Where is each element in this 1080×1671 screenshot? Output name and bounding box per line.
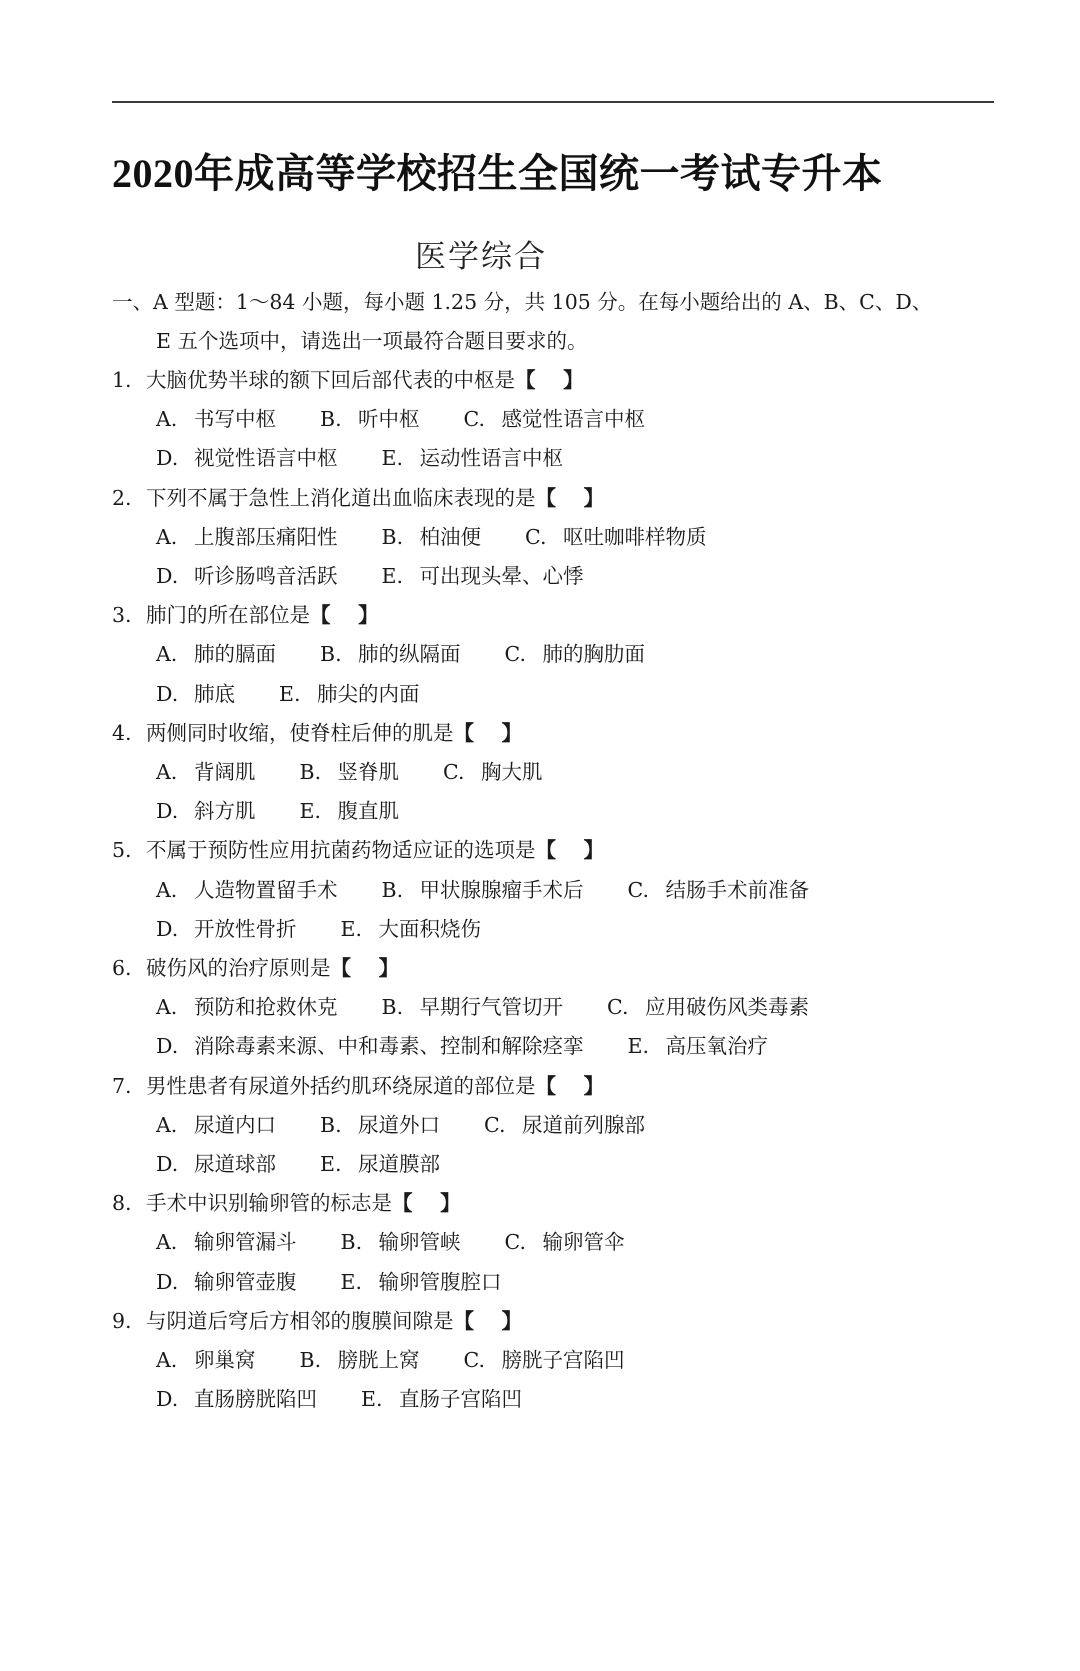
question-stem: 3.肺门的所在部位是【 】 [112, 596, 992, 635]
question-stem: 7.男性患者有尿道外括约肌环绕尿道的部位是【 】 [112, 1067, 992, 1106]
option-row: D.视觉性语言中枢E.运动性语言中枢 [112, 439, 992, 478]
question-item: 5.不属于预防性应用抗菌药物适应证的选项是【 】A.人造物置留手术B.甲状腺腺瘤… [112, 831, 992, 949]
answer-option: E.运动性语言中枢 [382, 439, 564, 478]
answer-option: A.尿道内口 [156, 1106, 276, 1145]
question-number: 3. [112, 596, 146, 635]
answer-option: E.尿道膜部 [320, 1145, 440, 1184]
option-letter: C. [484, 1106, 522, 1145]
question-stem: 1.大脑优势半球的额下回后部代表的中枢是【 】 [112, 361, 992, 400]
question-stem: 9.与阴道后穹后方相邻的腹膜间隙是【 】 [112, 1302, 992, 1341]
question-number: 8. [112, 1184, 146, 1223]
option-text: 肺的纵隔面 [358, 642, 461, 666]
option-row: D.尿道球部E.尿道膜部 [112, 1145, 992, 1184]
option-letter: B. [382, 518, 420, 557]
answer-option: E.输卵管腹腔口 [341, 1263, 502, 1302]
option-letter: B. [300, 753, 338, 792]
option-row: D.开放性骨折E.大面积烧伤 [112, 910, 992, 949]
option-letter: C. [505, 635, 543, 674]
option-row: A.书写中枢B.听中枢C.感觉性语言中枢 [112, 400, 992, 439]
option-text: 尿道球部 [194, 1152, 276, 1176]
option-letter: B. [382, 871, 420, 910]
option-letter: C. [628, 871, 666, 910]
answer-option: D.听诊肠鸣音活跃 [156, 557, 338, 596]
option-row: A.背阔肌B.竖脊肌C.胸大肌 [112, 753, 992, 792]
answer-option: A.卵巢窝 [156, 1341, 256, 1380]
answer-option: C.膀胱子宫陷凹 [464, 1341, 625, 1380]
option-text: 尿道内口 [194, 1113, 276, 1137]
question-stem: 6.破伤风的治疗原则是【 】 [112, 949, 992, 988]
option-text: 输卵管漏斗 [194, 1230, 297, 1254]
option-text: 尿道膜部 [358, 1152, 440, 1176]
answer-bracket: 【 】 [536, 1074, 605, 1098]
option-text: 输卵管伞 [543, 1230, 625, 1254]
page-subtitle: 医学综合 [0, 236, 962, 278]
option-text: 尿道外口 [358, 1113, 440, 1137]
answer-option: D.肺底 [156, 675, 235, 714]
answer-bracket: 【 】 [454, 1309, 523, 1333]
question-item: 8.手术中识别输卵管的标志是【 】A.输卵管漏斗B.输卵管峡C.输卵管伞D.输卵… [112, 1184, 992, 1302]
option-text: 输卵管峡 [379, 1230, 461, 1254]
answer-option: E.大面积烧伤 [341, 910, 482, 949]
option-letter: B. [341, 1223, 379, 1262]
question-stem: 4.两侧同时收缩，使脊柱后伸的肌是【 】 [112, 714, 992, 753]
option-text: 背阔肌 [194, 760, 256, 784]
option-text: 预防和抢救休克 [194, 995, 338, 1019]
question-text: 不属于预防性应用抗菌药物适应证的选项是 [146, 838, 536, 862]
option-letter: D. [156, 1027, 194, 1066]
answer-option: B.柏油便 [382, 518, 482, 557]
question-text: 下列不属于急性上消化道出血临床表现的是 [146, 486, 536, 510]
option-text: 上腹部压痛阳性 [194, 525, 338, 549]
question-stem: 8.手术中识别输卵管的标志是【 】 [112, 1184, 992, 1223]
option-row: D.听诊肠鸣音活跃E.可出现头晕、心悸 [112, 557, 992, 596]
option-row: A.输卵管漏斗B.输卵管峡C.输卵管伞 [112, 1223, 992, 1262]
option-row: D.肺底E.肺尖的内面 [112, 675, 992, 714]
option-letter: A. [156, 988, 194, 1027]
question-item: 3.肺门的所在部位是【 】A.肺的膈面B.肺的纵隔面C.肺的胸肋面D.肺底E.肺… [112, 596, 992, 714]
option-letter: D. [156, 557, 194, 596]
option-text: 胸大肌 [481, 760, 543, 784]
option-letter: E. [300, 792, 338, 831]
option-text: 书写中枢 [194, 407, 276, 431]
option-letter: E. [279, 675, 317, 714]
answer-option: C.应用破伤风类毒素 [607, 988, 809, 1027]
answer-bracket: 【 】 [515, 368, 584, 392]
option-text: 消除毒素来源、中和毒素、控制和解除痉挛 [194, 1034, 584, 1058]
question-text: 手术中识别输卵管的标志是 [146, 1191, 392, 1215]
answer-option: B.膀胱上窝 [300, 1341, 420, 1380]
option-text: 结肠手术前准备 [666, 878, 810, 902]
answer-option: D.视觉性语言中枢 [156, 439, 338, 478]
option-letter: C. [464, 1341, 502, 1380]
option-letter: B. [320, 400, 358, 439]
option-text: 应用破伤风类毒素 [645, 995, 809, 1019]
answer-bracket: 【 】 [536, 838, 605, 862]
option-letter: E. [341, 1263, 379, 1302]
question-text: 肺门的所在部位是 [146, 603, 310, 627]
question-stem: 5.不属于预防性应用抗菌药物适应证的选项是【 】 [112, 831, 992, 870]
option-row: D.斜方肌E.腹直肌 [112, 792, 992, 831]
option-letter: E. [361, 1380, 399, 1419]
option-text: 肺的膈面 [194, 642, 276, 666]
question-item: 2.下列不属于急性上消化道出血临床表现的是【 】A.上腹部压痛阳性B.柏油便C.… [112, 479, 992, 597]
question-item: 6.破伤风的治疗原则是【 】A.预防和抢救休克B.早期行气管切开C.应用破伤风类… [112, 949, 992, 1067]
question-item: 1.大脑优势半球的额下回后部代表的中枢是【 】A.书写中枢B.听中枢C.感觉性语… [112, 361, 992, 479]
option-letter: E. [628, 1027, 666, 1066]
option-letter: D. [156, 910, 194, 949]
option-text: 人造物置留手术 [194, 878, 338, 902]
answer-option: D.斜方肌 [156, 792, 256, 831]
option-row: A.上腹部压痛阳性B.柏油便C.呕吐咖啡样物质 [112, 518, 992, 557]
option-text: 卵巢窝 [194, 1348, 256, 1372]
answer-option: B.早期行气管切开 [382, 988, 564, 1027]
option-text: 运动性语言中枢 [420, 446, 564, 470]
option-letter: D. [156, 675, 194, 714]
question-number: 5. [112, 831, 146, 870]
answer-bracket: 【 】 [331, 956, 400, 980]
section-instructions-line1: 一、A 型题：1～84 小题，每小题 1.25 分，共 105 分。在每小题给出… [112, 283, 992, 322]
question-number: 2. [112, 479, 146, 518]
option-row: A.卵巢窝B.膀胱上窝C.膀胱子宫陷凹 [112, 1341, 992, 1380]
answer-option: E.可出现头晕、心悸 [382, 557, 584, 596]
option-text: 直肠膀胱陷凹 [194, 1387, 317, 1411]
page-title: 2020年成高等学校招生全国统一考试专升本 [112, 150, 994, 198]
option-text: 大面积烧伤 [379, 917, 482, 941]
question-number: 6. [112, 949, 146, 988]
option-text: 肺的胸肋面 [543, 642, 646, 666]
option-letter: A. [156, 753, 194, 792]
question-number: 4. [112, 714, 146, 753]
answer-option: A.上腹部压痛阳性 [156, 518, 338, 557]
option-text: 开放性骨折 [194, 917, 297, 941]
answer-option: D.消除毒素来源、中和毒素、控制和解除痉挛 [156, 1027, 584, 1066]
option-letter: C. [464, 400, 502, 439]
option-row: A.肺的膈面B.肺的纵隔面C.肺的胸肋面 [112, 635, 992, 674]
option-letter: D. [156, 1263, 194, 1302]
answer-bracket: 【 】 [536, 486, 605, 510]
question-text: 男性患者有尿道外括约肌环绕尿道的部位是 [146, 1074, 536, 1098]
option-letter: D. [156, 1145, 194, 1184]
option-text: 输卵管壶腹 [194, 1270, 297, 1294]
option-text: 视觉性语言中枢 [194, 446, 338, 470]
answer-option: A.肺的膈面 [156, 635, 276, 674]
option-text: 听中枢 [358, 407, 420, 431]
question-number: 1. [112, 361, 146, 400]
answer-bracket: 【 】 [310, 603, 379, 627]
option-row: D.直肠膀胱陷凹E.直肠子宫陷凹 [112, 1380, 992, 1419]
answer-option: C.胸大肌 [443, 753, 543, 792]
answer-option: A.输卵管漏斗 [156, 1223, 297, 1262]
option-text: 可出现头晕、心悸 [420, 564, 584, 588]
option-letter: D. [156, 792, 194, 831]
option-letter: A. [156, 635, 194, 674]
option-text: 输卵管腹腔口 [379, 1270, 502, 1294]
option-text: 斜方肌 [194, 799, 256, 823]
option-text: 柏油便 [420, 525, 482, 549]
answer-option: D.尿道球部 [156, 1145, 276, 1184]
option-text: 膀胱子宫陷凹 [502, 1348, 625, 1372]
option-letter: E. [320, 1145, 358, 1184]
question-item: 4.两侧同时收缩，使脊柱后伸的肌是【 】A.背阔肌B.竖脊肌C.胸大肌D.斜方肌… [112, 714, 992, 832]
option-letter: A. [156, 871, 194, 910]
section-instructions-line2: E 五个选项中，请选出一项最符合题目要求的。 [112, 322, 992, 361]
option-letter: D. [156, 439, 194, 478]
option-letter: E. [382, 557, 420, 596]
answer-option: B.竖脊肌 [300, 753, 400, 792]
option-row: A.尿道内口B.尿道外口C.尿道前列腺部 [112, 1106, 992, 1145]
option-letter: C. [525, 518, 563, 557]
answer-option: C.输卵管伞 [505, 1223, 625, 1262]
answer-option: B.甲状腺腺瘤手术后 [382, 871, 584, 910]
option-text: 听诊肠鸣音活跃 [194, 564, 338, 588]
section-instructions: 一、A 型题：1～84 小题，每小题 1.25 分，共 105 分。在每小题给出… [112, 283, 992, 361]
answer-option: B.尿道外口 [320, 1106, 440, 1145]
option-letter: C. [607, 988, 645, 1027]
answer-option: C.结肠手术前准备 [628, 871, 810, 910]
option-text: 甲状腺腺瘤手术后 [420, 878, 584, 902]
answer-option: A.人造物置留手术 [156, 871, 338, 910]
question-text: 大脑优势半球的额下回后部代表的中枢是 [146, 368, 515, 392]
question-text: 破伤风的治疗原则是 [146, 956, 331, 980]
option-text: 感觉性语言中枢 [502, 407, 646, 431]
option-text: 肺底 [194, 682, 235, 706]
answer-option: B.肺的纵隔面 [320, 635, 461, 674]
option-text: 呕吐咖啡样物质 [563, 525, 707, 549]
option-text: 早期行气管切开 [420, 995, 564, 1019]
option-letter: B. [320, 635, 358, 674]
answer-option: B.听中枢 [320, 400, 420, 439]
answer-option: D.开放性骨折 [156, 910, 297, 949]
option-text: 直肠子宫陷凹 [399, 1387, 522, 1411]
option-letter: A. [156, 1341, 194, 1380]
option-letter: A. [156, 400, 194, 439]
option-letter: B. [300, 1341, 338, 1380]
option-text: 竖脊肌 [338, 760, 400, 784]
option-text: 膀胱上窝 [338, 1348, 420, 1372]
answer-option: A.书写中枢 [156, 400, 276, 439]
question-number: 9. [112, 1302, 146, 1341]
answer-option: E.肺尖的内面 [279, 675, 420, 714]
option-letter: A. [156, 518, 194, 557]
option-row: A.预防和抢救休克B.早期行气管切开C.应用破伤风类毒素 [112, 988, 992, 1027]
option-text: 肺尖的内面 [317, 682, 420, 706]
option-letter: B. [382, 988, 420, 1027]
answer-option: C.感觉性语言中枢 [464, 400, 646, 439]
answer-option: C.呕吐咖啡样物质 [525, 518, 707, 557]
option-letter: C. [505, 1223, 543, 1262]
header-rule [112, 101, 994, 103]
option-letter: B. [320, 1106, 358, 1145]
question-item: 9.与阴道后穹后方相邻的腹膜间隙是【 】A.卵巢窝B.膀胱上窝C.膀胱子宫陷凹D… [112, 1302, 992, 1420]
answer-option: D.输卵管壶腹 [156, 1263, 297, 1302]
option-text: 腹直肌 [338, 799, 400, 823]
question-stem: 2.下列不属于急性上消化道出血临床表现的是【 】 [112, 479, 992, 518]
option-letter: A. [156, 1223, 194, 1262]
option-letter: E. [382, 439, 420, 478]
option-row: D.输卵管壶腹E.输卵管腹腔口 [112, 1263, 992, 1302]
answer-option: E.直肠子宫陷凹 [361, 1380, 522, 1419]
question-text: 两侧同时收缩，使脊柱后伸的肌是 [146, 721, 454, 745]
option-row: A.人造物置留手术B.甲状腺腺瘤手术后C.结肠手术前准备 [112, 871, 992, 910]
option-text: 高压氧治疗 [666, 1034, 769, 1058]
question-number: 7. [112, 1067, 146, 1106]
answer-option: E.高压氧治疗 [628, 1027, 769, 1066]
question-list: 1.大脑优势半球的额下回后部代表的中枢是【 】A.书写中枢B.听中枢C.感觉性语… [112, 361, 992, 1419]
answer-option: B.输卵管峡 [341, 1223, 461, 1262]
answer-bracket: 【 】 [454, 721, 523, 745]
answer-option: D.直肠膀胱陷凹 [156, 1380, 317, 1419]
answer-option: A.预防和抢救休克 [156, 988, 338, 1027]
answer-option: C.尿道前列腺部 [484, 1106, 645, 1145]
answer-bracket: 【 】 [392, 1191, 461, 1215]
option-letter: A. [156, 1106, 194, 1145]
question-item: 7.男性患者有尿道外括约肌环绕尿道的部位是【 】A.尿道内口B.尿道外口C.尿道… [112, 1067, 992, 1185]
answer-option: C.肺的胸肋面 [505, 635, 646, 674]
option-row: D.消除毒素来源、中和毒素、控制和解除痉挛E.高压氧治疗 [112, 1027, 992, 1066]
option-letter: E. [341, 910, 379, 949]
question-text: 与阴道后穹后方相邻的腹膜间隙是 [146, 1309, 454, 1333]
answer-option: A.背阔肌 [156, 753, 256, 792]
option-letter: D. [156, 1380, 194, 1419]
option-letter: C. [443, 753, 481, 792]
answer-option: E.腹直肌 [300, 792, 400, 831]
option-text: 尿道前列腺部 [522, 1113, 645, 1137]
